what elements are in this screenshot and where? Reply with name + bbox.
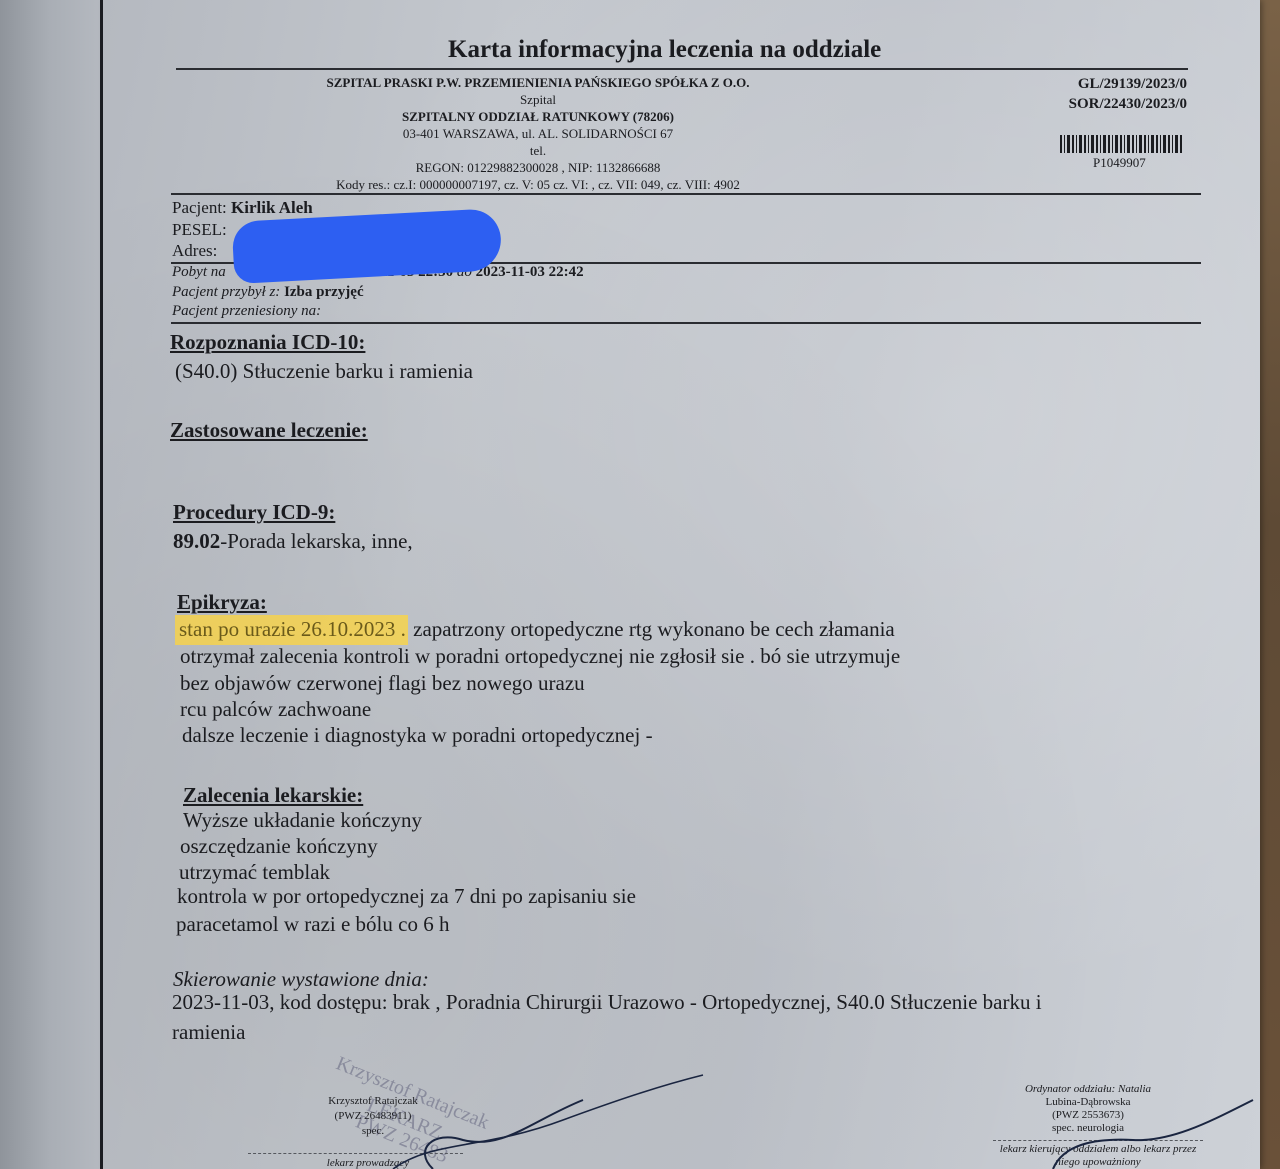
doctor-name: Krzysztof Ratajczak <box>308 1095 438 1108</box>
recommendation-item: paracetamol w razi e bólu co 6 h <box>176 911 449 937</box>
epicrisis-text: zapatrzony ortopedyczne rtg wykonano be … <box>408 617 895 641</box>
procedure-row: 89.02-Porada lekarska, inne, <box>173 528 413 554</box>
title-rule <box>176 68 1188 70</box>
head-line-2: Lubina-Dąbrowska <box>1018 1096 1158 1109</box>
recommendation-item: Wyższe układanie kończyny <box>183 807 422 833</box>
address-label: Adres: <box>172 241 217 261</box>
case-number-gl: GL/29139/2023/0 <box>1078 74 1187 94</box>
epicrisis-line-3: bez objawów czerwonej flagi bez nowego u… <box>180 670 585 696</box>
medical-discharge-document: Karta informacyjna leczenia na oddziale … <box>103 0 1260 1169</box>
arrived-label: Pacjent przybył z: <box>172 284 280 300</box>
arrived-row: Pacjent przybył z: Izba przyjęć <box>172 284 364 301</box>
case-number-sor: SOR/22430/2023/0 <box>1069 94 1187 114</box>
procedures-header: Procedury ICD-9: <box>173 500 335 525</box>
hospital-tel: tel. <box>176 142 900 159</box>
epicrisis-line-5: dalsze leczenie i diagnostyka w poradni … <box>182 722 653 748</box>
recommendation-item: oszczędzanie kończyny <box>180 833 378 859</box>
doctor-role: lekarz prowadzący <box>298 1157 438 1169</box>
highlighted-injury-date: stan po urazie 26.10.2023 . <box>175 615 408 645</box>
pesel-label: PESEL: <box>172 220 227 240</box>
referral-line-1: 2023-11-03, kod dostępu: brak , Poradnia… <box>172 989 1042 1015</box>
barcode-number: P1049907 <box>1093 155 1146 171</box>
patient-name: Kirlik Aleh <box>231 198 313 217</box>
recommendation-item: utrzymać temblak <box>179 859 330 885</box>
doctor-pwz: (PWZ 26483911) <box>308 1110 438 1123</box>
epicrisis-line-2: otrzymał zalecenia kontroli w poradni or… <box>180 643 900 669</box>
doctor-spec: spec. <box>308 1125 438 1138</box>
epicrisis-header: Epikryza: <box>177 590 267 615</box>
hospital-department: SZPITALNY ODDZIAŁ RATUNKOWY (78206) <box>176 108 900 125</box>
recommendation-item: kontrola w por ortopedycznej za 7 dni po… <box>177 883 636 909</box>
patient-bottom-rule <box>171 322 1201 324</box>
patient-name-label: Pacjent: <box>172 198 227 217</box>
head-pwz: (PWZ 2553673) <box>1018 1109 1158 1122</box>
patient-name-row: Pacjent: Kirlik Aleh <box>172 198 313 218</box>
recommendations-header: Zalecenia lekarskie: <box>183 783 363 808</box>
stay-label: Pobyt na <box>172 264 226 280</box>
procedure-text: -Porada lekarska, inne, <box>220 529 412 553</box>
document-title: Karta informacyjna leczenia na oddziale <box>448 36 881 64</box>
head-role: lekarz kierujący oddziałem albo lekarz p… <box>998 1143 1198 1156</box>
referral-line-2: ramienia <box>172 1019 245 1045</box>
stay-to: 2023-11-03 22:42 <box>476 264 584 280</box>
diagnosis-header: Rozpoznania ICD-10: <box>170 330 365 355</box>
transferred-label: Pacjent przeniesiony na: <box>172 303 321 320</box>
hospital-name: SZPITAL PRASKI P.W. PRZEMIENIENIA PAŃSKI… <box>176 74 900 91</box>
hospital-address: 03-401 WARSZAWA, ul. AL. SOLIDARNOŚCI 67 <box>176 125 900 142</box>
head-role-2: niego upoważniony <box>998 1156 1198 1169</box>
barcode <box>1060 135 1182 153</box>
head-signature-line <box>993 1140 1203 1141</box>
hospital-type: Szpital <box>176 91 900 108</box>
hospital-codes: Kody res.: cz.I: 000000007197, cz. V: 05… <box>176 176 900 193</box>
diagnosis-text: (S40.0) Stłuczenie barku i ramienia <box>175 358 473 384</box>
epicrisis-line-1: stan po urazie 26.10.2023 . zapatrzony o… <box>175 616 895 642</box>
header-rule <box>171 193 1201 195</box>
hospital-regon-nip: REGON: 01229882300028 , NIP: 1132866688 <box>176 159 900 176</box>
head-spec: spec. neurologia <box>1018 1122 1158 1135</box>
treatment-header: Zastosowane leczenie: <box>170 418 368 443</box>
arrived-from: Izba przyjęć <box>284 284 364 300</box>
procedure-code: 89.02 <box>173 529 220 553</box>
background-sheet <box>0 0 110 1169</box>
epicrisis-line-4: rcu palców zachwoane <box>180 696 371 722</box>
head-line-1: Ordynator oddziału: Natalia <box>1018 1083 1158 1096</box>
doctor-signature-line <box>248 1153 463 1154</box>
